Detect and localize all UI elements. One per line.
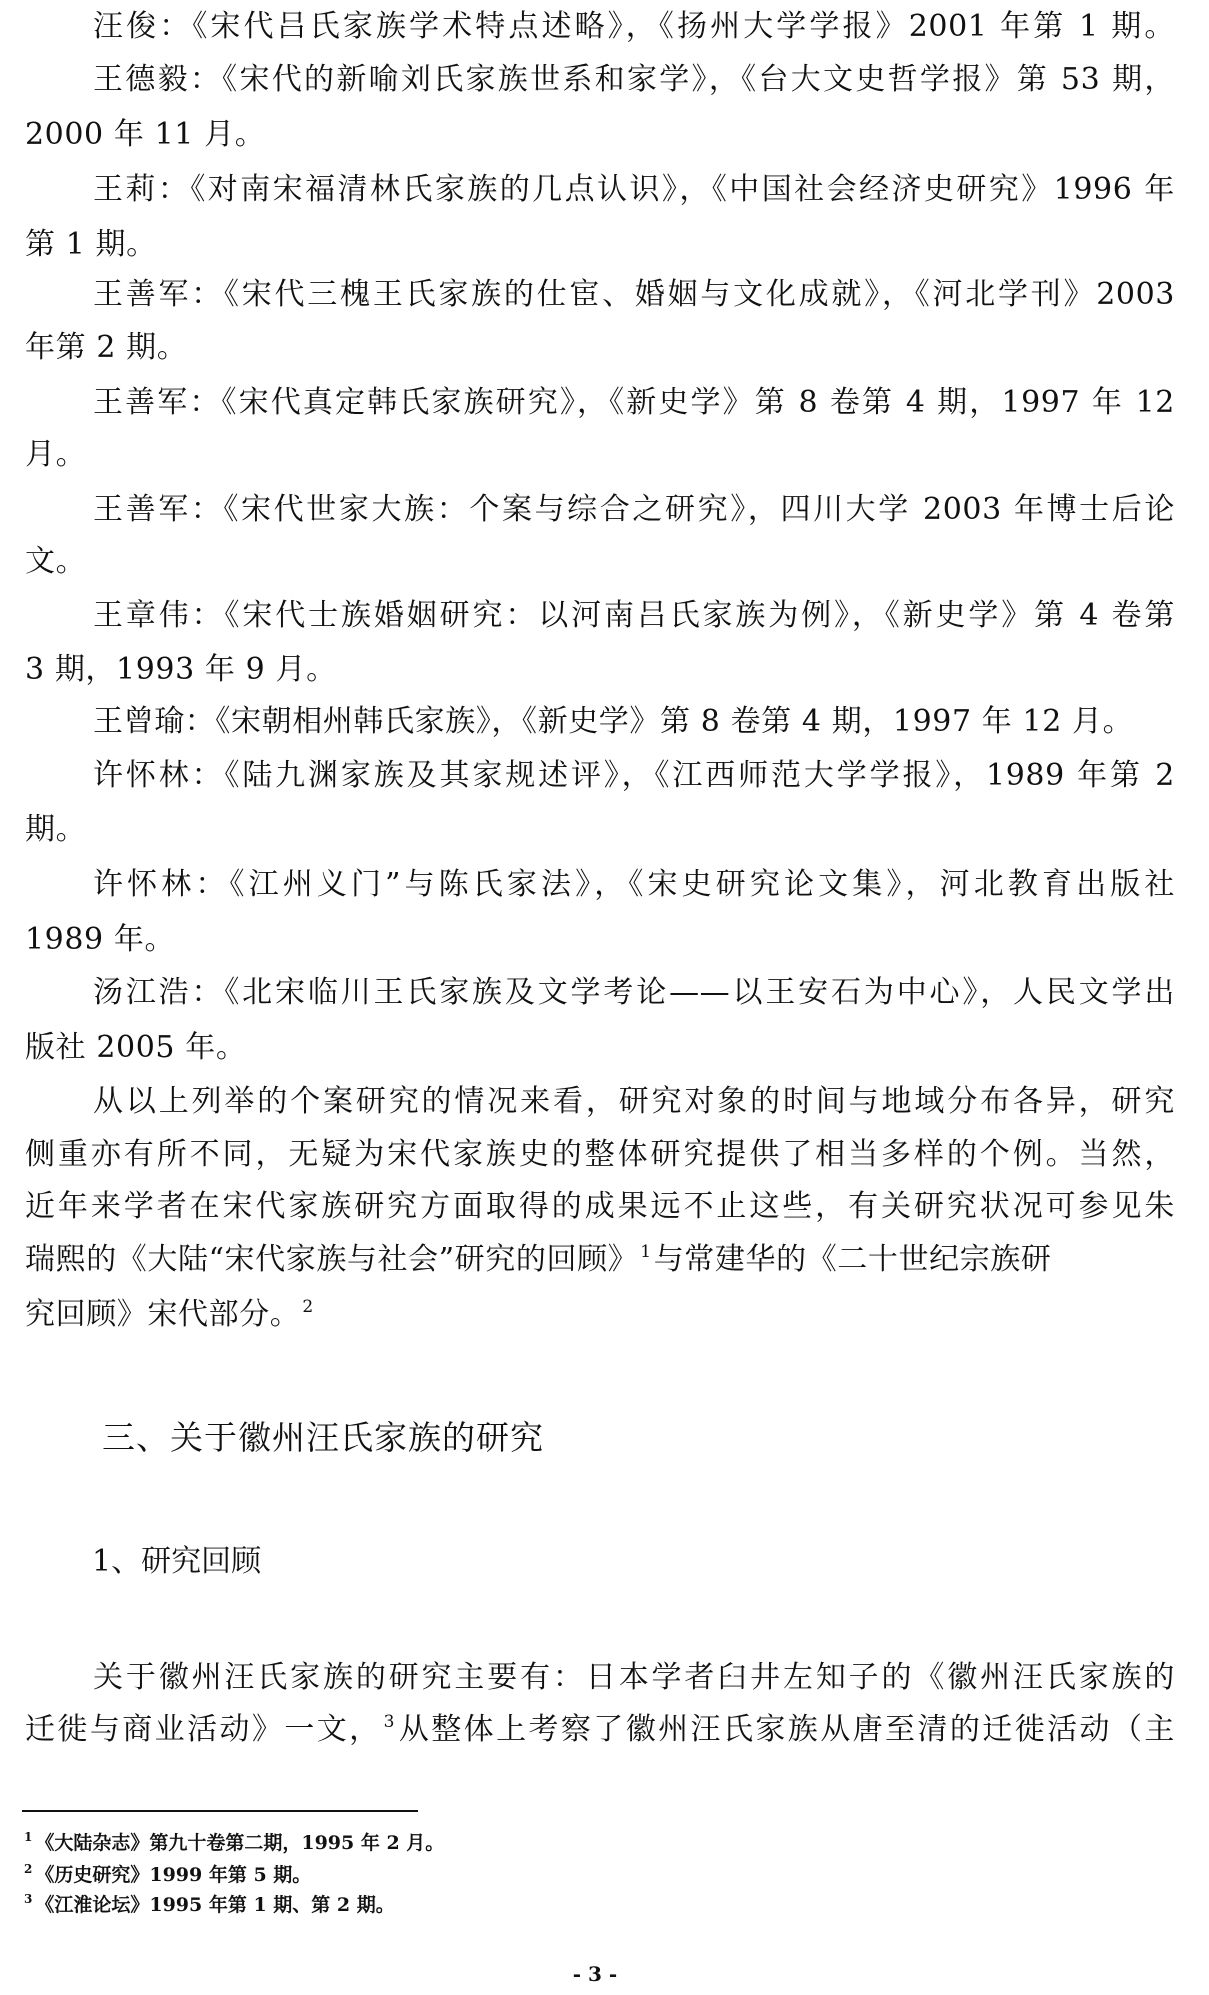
reference-entry-continued: 月。	[25, 435, 1175, 475]
footnote-number: 3	[24, 1892, 32, 1906]
footnote-ref-3[interactable]: 3	[384, 1712, 395, 1732]
footnote-number: 1	[24, 1830, 32, 1844]
reference-entry-continued: 1989 年。	[25, 920, 1175, 960]
reference-entry: 王德毅：《宋代的新喻刘氏家族世系和家学》，《台大文史哲学报》第 53 期，	[93, 60, 1175, 100]
paragraph-line: 近年来学者在宋代家族研究方面取得的成果远不止这些，有关研究状况可参见朱	[25, 1187, 1175, 1227]
paragraph-line: 从以上列举的个案研究的情况来看，研究对象的时间与地域分布各异，研究	[93, 1082, 1175, 1122]
paragraph-line: 侧重亦有所不同，无疑为宋代家族史的整体研究提供了相当多样的个例。当然，	[25, 1135, 1175, 1175]
reference-entry: 许怀林：《江州义门”与陈氏家法》，《宋史研究论文集》，河北教育出版社	[93, 865, 1175, 905]
reference-entry: 许怀林：《陆九渊家族及其家规述评》，《江西师范大学学报》，1989 年第 2	[93, 756, 1175, 796]
subsection-heading: 1、研究回顾	[92, 1542, 261, 1582]
footnote-ref-1[interactable]: 1	[640, 1242, 651, 1262]
footnote-item: 1《大陆杂志》第九十卷第二期，1995 年 2 月。	[24, 1829, 444, 1857]
reference-entry: 汤江浩：《北宋临川王氏家族及文学考论——以王安石为中心》，人民文学出	[93, 973, 1175, 1013]
paragraph-text: 从整体上考察了徽州汪氏家族从唐至清的迁徙活动（主	[397, 1712, 1175, 1747]
footnote-text: 《历史研究》1999 年第 5 期。	[35, 1864, 311, 1886]
reference-entry: 王善军：《宋代真定韩氏家族研究》，《新史学》第 8 卷第 4 期，1997 年 …	[93, 383, 1175, 423]
document-page: 汪俊：《宋代吕氏家族学术特点述略》，《扬州大学学报》2001 年第 1 期。 王…	[0, 0, 1209, 1995]
page-number: - 3 -	[570, 1960, 620, 1988]
footnote-divider	[22, 1810, 418, 1812]
reference-entry-continued: 2000 年 11 月。	[25, 115, 1175, 155]
reference-entry: 王曾瑜：《宋朝相州韩氏家族》，《新史学》第 8 卷第 4 期，1997 年 12…	[93, 702, 1175, 742]
paragraph-text: 究回顾》	[25, 1297, 147, 1332]
reference-entry: 王章伟：《宋代士族婚姻研究：以河南吕氏家族为例》，《新史学》第 4 卷第	[93, 596, 1175, 636]
footnote-number: 2	[24, 1862, 32, 1876]
reference-entry: 王善军：《宋代三槐王氏家族的仕宦、婚姻与文化成就》，《河北学刊》2003	[93, 275, 1175, 315]
reference-entry-continued: 版社 2005 年。	[25, 1028, 1175, 1068]
reference-entry-continued: 期。	[25, 810, 1175, 850]
reference-entry-continued: 年第 2 期。	[25, 328, 1175, 368]
paragraph-text: 迁徙与商业活动》一文，	[25, 1712, 382, 1747]
footnote-text: 《大陆杂志》第九十卷第二期，1995 年 2 月。	[35, 1832, 444, 1854]
paragraph-text: 与常建华的《二十世纪宗族研	[654, 1242, 1052, 1277]
reference-entry: 王莉：《对南宋福清林氏家族的几点认识》，《中国社会经济史研究》1996 年	[93, 170, 1175, 210]
paragraph-line: 迁徙与商业活动》一文，3从整体上考察了徽州汪氏家族从唐至清的迁徙活动（主	[25, 1710, 1175, 1750]
reference-entry: 汪俊：《宋代吕氏家族学术特点述略》，《扬州大学学报》2001 年第 1 期。	[93, 7, 1175, 47]
footnote-item: 2《历史研究》1999 年第 5 期。	[24, 1861, 311, 1889]
paragraph-text: 宋代部分。	[147, 1297, 300, 1332]
reference-entry-continued: 文。	[25, 542, 1175, 582]
reference-entry-continued: 第 1 期。	[25, 225, 1175, 265]
footnote-item: 3《江淮论坛》1995 年第 1 期、第 2 期。	[24, 1891, 395, 1919]
paragraph-text: 瑞熙的《大陆“宋代家族与社会”研究的回顾》	[25, 1242, 638, 1277]
paragraph-line: 究回顾》宋代部分。2	[25, 1295, 1175, 1335]
footnote-ref-2[interactable]: 2	[302, 1297, 313, 1317]
footnote-text: 《江淮论坛》1995 年第 1 期、第 2 期。	[35, 1894, 394, 1916]
reference-entry: 王善军：《宋代世家大族：个案与综合之研究》，四川大学 2003 年博士后论	[93, 490, 1175, 530]
paragraph-line: 关于徽州汪氏家族的研究主要有：日本学者臼井左知子的《徽州汪氏家族的	[93, 1658, 1175, 1698]
reference-entry-continued: 3 期，1993 年 9 月。	[25, 650, 1175, 690]
section-heading: 三、关于徽州汪氏家族的研究	[102, 1416, 544, 1460]
paragraph-line: 瑞熙的《大陆“宋代家族与社会”研究的回顾》1与常建华的《二十世纪宗族研	[25, 1240, 1175, 1280]
